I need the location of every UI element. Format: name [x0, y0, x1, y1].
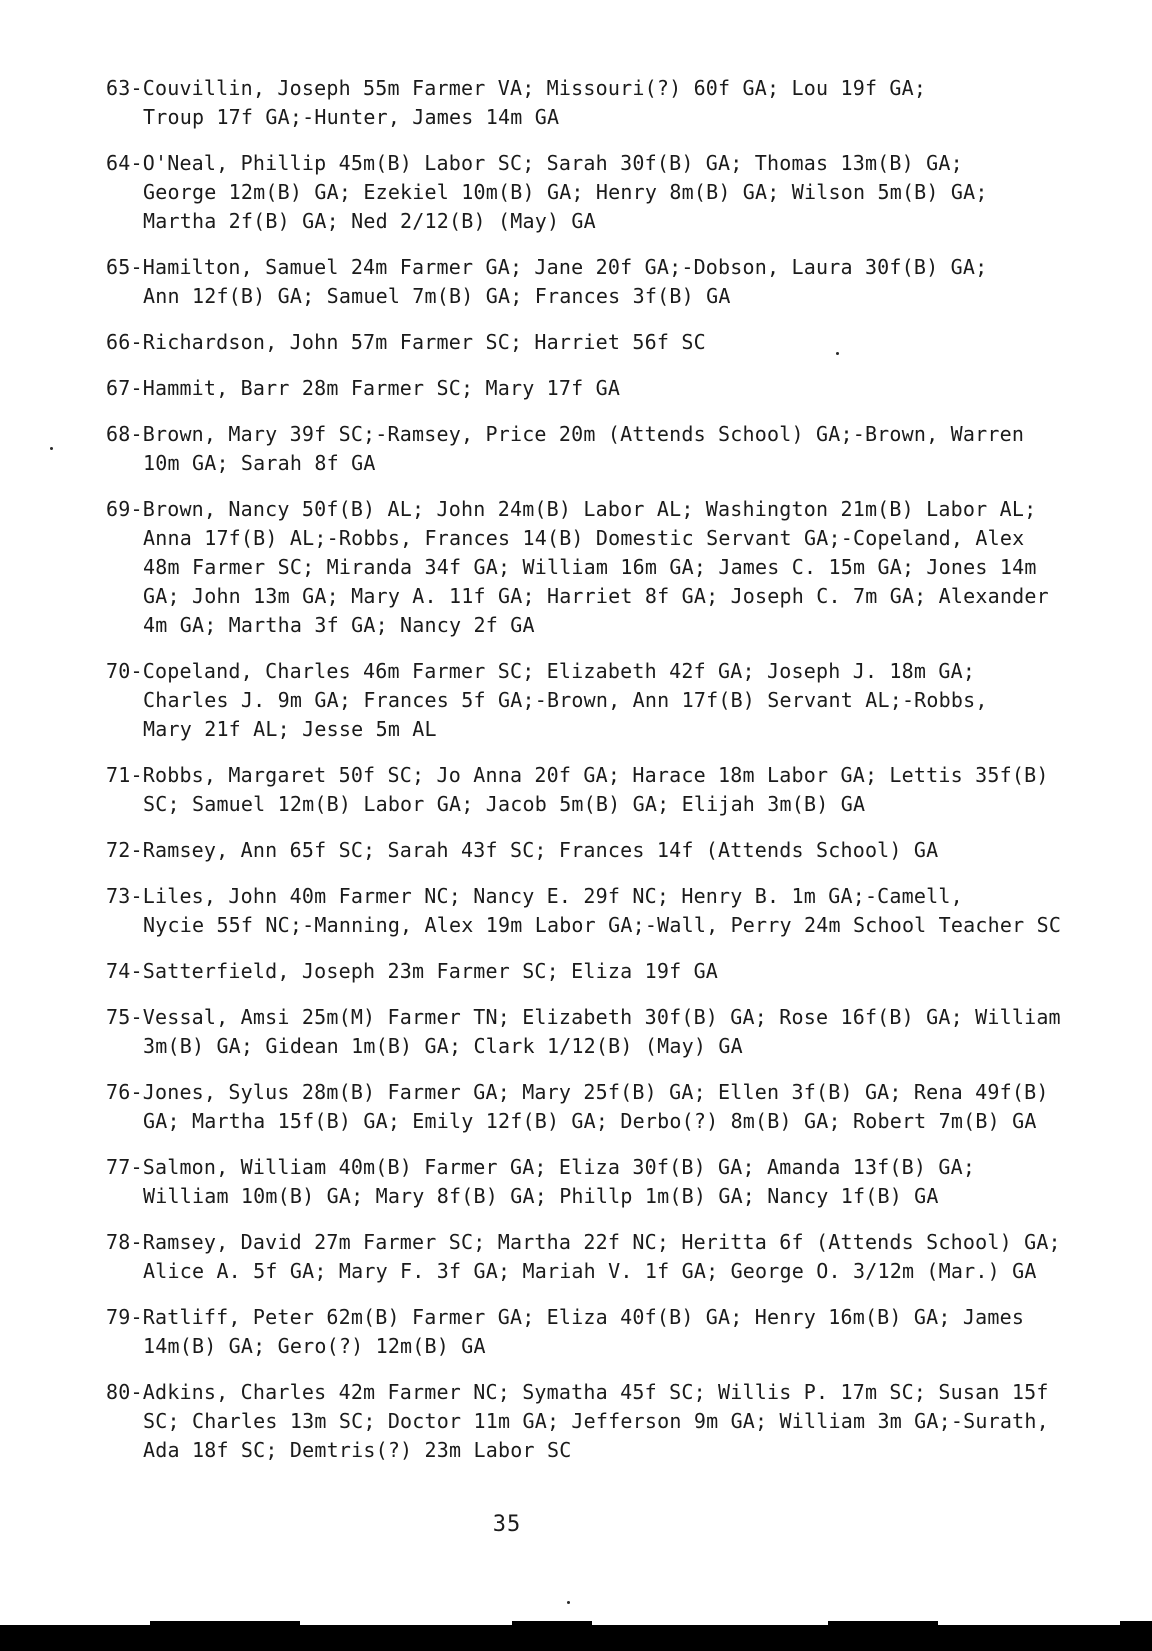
entry-line: 80-Adkins, Charles 42m Farmer NC; Symath… — [106, 1378, 1132, 1407]
entry-line: 76-Jones, Sylus 28m(B) Farmer GA; Mary 2… — [106, 1078, 1132, 1107]
entry-line: Ada 18f SC; Demtris(?) 23m Labor SC — [106, 1436, 1132, 1465]
entry-line: 77-Salmon, William 40m(B) Farmer GA; Eli… — [106, 1153, 1132, 1182]
entry-line: William 10m(B) GA; Mary 8f(B) GA; Phillp… — [106, 1182, 1132, 1211]
entry-line: Ann 12f(B) GA; Samuel 7m(B) GA; Frances … — [106, 282, 1132, 311]
entry-line: Charles J. 9m GA; Frances 5f GA;-Brown, … — [106, 686, 1132, 715]
entry-line: 4m GA; Martha 3f GA; Nancy 2f GA — [106, 611, 1132, 640]
census-entry-71: 71-Robbs, Margaret 50f SC; Jo Anna 20f G… — [106, 761, 1132, 819]
entry-line: 64-O'Neal, Phillip 45m(B) Labor SC; Sara… — [106, 149, 1132, 178]
entry-line: SC; Charles 13m SC; Doctor 11m GA; Jeffe… — [106, 1407, 1132, 1436]
entry-line: 70-Copeland, Charles 46m Farmer SC; Eliz… — [106, 657, 1132, 686]
census-entry-73: 73-Liles, John 40m Farmer NC; Nancy E. 2… — [106, 882, 1132, 940]
entry-line: 65-Hamilton, Samuel 24m Farmer GA; Jane … — [106, 253, 1132, 282]
entry-line: 67-Hammit, Barr 28m Farmer SC; Mary 17f … — [106, 374, 1132, 403]
entry-line: Mary 21f AL; Jesse 5m AL — [106, 715, 1132, 744]
entry-line: 66-Richardson, John 57m Farmer SC; Harri… — [106, 328, 1132, 357]
entry-line: SC; Samuel 12m(B) Labor GA; Jacob 5m(B) … — [106, 790, 1132, 819]
entry-line: 78-Ramsey, David 27m Farmer SC; Martha 2… — [106, 1228, 1132, 1257]
census-entry-68: 68-Brown, Mary 39f SC;-Ramsey, Price 20m… — [106, 420, 1132, 478]
entry-line: Alice A. 5f GA; Mary F. 3f GA; Mariah V.… — [106, 1257, 1132, 1286]
entry-line: Nycie 55f NC;-Manning, Alex 19m Labor GA… — [106, 911, 1132, 940]
census-entry-67: 67-Hammit, Barr 28m Farmer SC; Mary 17f … — [106, 374, 1132, 403]
census-entry-70: 70-Copeland, Charles 46m Farmer SC; Eliz… — [106, 657, 1132, 744]
entry-line: Troup 17f GA;-Hunter, James 14m GA — [106, 103, 1132, 132]
entry-line: GA; John 13m GA; Mary A. 11f GA; Harriet… — [106, 582, 1132, 611]
census-entry-75: 75-Vessal, Amsi 25m(M) Farmer TN; Elizab… — [106, 1003, 1132, 1061]
entry-line: 68-Brown, Mary 39f SC;-Ramsey, Price 20m… — [106, 420, 1132, 449]
entry-line: 73-Liles, John 40m Farmer NC; Nancy E. 2… — [106, 882, 1132, 911]
census-entry-66: 66-Richardson, John 57m Farmer SC; Harri… — [106, 328, 1132, 357]
scanned-page: 63-Couvillin, Joseph 55m Farmer VA; Miss… — [0, 0, 1152, 1651]
entry-line: Martha 2f(B) GA; Ned 2/12(B) (May) GA — [106, 207, 1132, 236]
entry-line: 71-Robbs, Margaret 50f SC; Jo Anna 20f G… — [106, 761, 1132, 790]
census-entry-76: 76-Jones, Sylus 28m(B) Farmer GA; Mary 2… — [106, 1078, 1132, 1136]
entry-line: 63-Couvillin, Joseph 55m Farmer VA; Miss… — [106, 74, 1132, 103]
entry-line: 69-Brown, Nancy 50f(B) AL; John 24m(B) L… — [106, 495, 1132, 524]
entry-line: GA; Martha 15f(B) GA; Emily 12f(B) GA; D… — [106, 1107, 1132, 1136]
entry-line: Anna 17f(B) AL;-Robbs, Frances 14(B) Dom… — [106, 524, 1132, 553]
census-entry-64: 64-O'Neal, Phillip 45m(B) Labor SC; Sara… — [106, 149, 1132, 236]
entry-line: 48m Farmer SC; Miranda 34f GA; William 1… — [106, 553, 1132, 582]
census-entry-74: 74-Satterfield, Joseph 23m Farmer SC; El… — [106, 957, 1132, 986]
scan-artifact-dot — [567, 1601, 570, 1604]
page-number: 35 — [0, 1512, 1014, 1537]
entry-line: 75-Vessal, Amsi 25m(M) Farmer TN; Elizab… — [106, 1003, 1132, 1032]
census-entry-78: 78-Ramsey, David 27m Farmer SC; Martha 2… — [106, 1228, 1132, 1286]
census-entry-69: 69-Brown, Nancy 50f(B) AL; John 24m(B) L… — [106, 495, 1132, 640]
scan-edge-notch — [1120, 1621, 1152, 1625]
scan-edge-notch — [150, 1621, 300, 1625]
census-entry-79: 79-Ratliff, Peter 62m(B) Farmer GA; Eliz… — [106, 1303, 1132, 1361]
census-entry-63: 63-Couvillin, Joseph 55m Farmer VA; Miss… — [106, 74, 1132, 132]
census-entry-77: 77-Salmon, William 40m(B) Farmer GA; Eli… — [106, 1153, 1132, 1211]
census-entry-72: 72-Ramsey, Ann 65f SC; Sarah 43f SC; Fra… — [106, 836, 1132, 865]
entry-line: 14m(B) GA; Gero(?) 12m(B) GA — [106, 1332, 1132, 1361]
entry-line: 74-Satterfield, Joseph 23m Farmer SC; El… — [106, 957, 1132, 986]
scan-edge-bar — [0, 1625, 1152, 1651]
census-entry-80: 80-Adkins, Charles 42m Farmer NC; Symath… — [106, 1378, 1132, 1465]
census-entry-65: 65-Hamilton, Samuel 24m Farmer GA; Jane … — [106, 253, 1132, 311]
entry-line: 3m(B) GA; Gidean 1m(B) GA; Clark 1/12(B)… — [106, 1032, 1132, 1061]
scan-edge-notch — [512, 1621, 592, 1625]
census-entries: 63-Couvillin, Joseph 55m Farmer VA; Miss… — [106, 74, 1132, 1482]
entry-line: George 12m(B) GA; Ezekiel 10m(B) GA; Hen… — [106, 178, 1132, 207]
entry-line: 79-Ratliff, Peter 62m(B) Farmer GA; Eliz… — [106, 1303, 1132, 1332]
scan-artifact-dot — [836, 352, 839, 355]
scan-artifact-dot — [50, 447, 53, 450]
entry-line: 72-Ramsey, Ann 65f SC; Sarah 43f SC; Fra… — [106, 836, 1132, 865]
scan-edge-notch — [828, 1621, 938, 1625]
entry-line: 10m GA; Sarah 8f GA — [106, 449, 1132, 478]
